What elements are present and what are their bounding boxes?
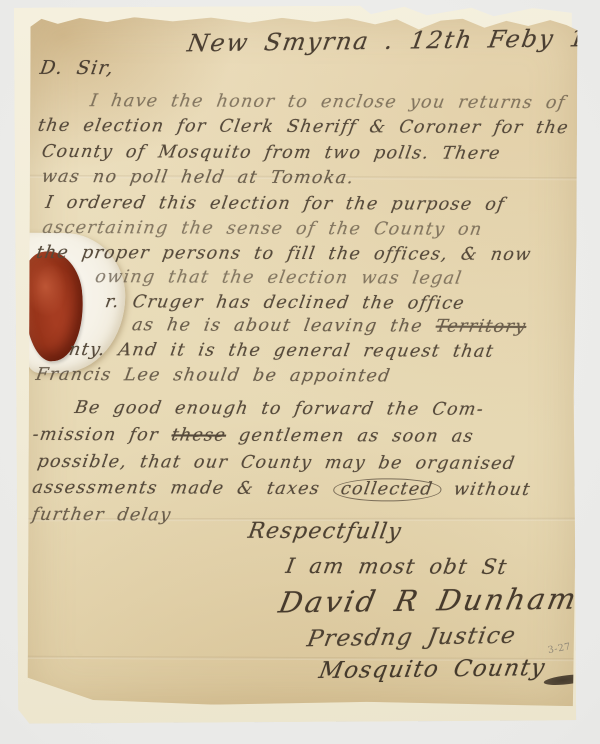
letter-line: r. Cruger has declined the office: [104, 292, 467, 314]
signature-title: Presdng Justice: [305, 623, 518, 652]
pencil-annotation: 3-27: [547, 641, 572, 656]
closing-respectfully: Respectfully: [246, 519, 404, 545]
letter-line: the proper persons to fill the offices, …: [35, 243, 533, 265]
letter-line: County of Mosquito from two polls. There: [40, 142, 502, 164]
signature-place: Mosquito County: [317, 655, 548, 684]
closing-obedient: I am most obt St: [284, 554, 509, 579]
letter-line: owing that the election was legal: [94, 267, 464, 289]
letter-line: as he is about leaving the Territory: [131, 315, 528, 337]
line-text: possible, that our County may be organis…: [36, 452, 517, 474]
letter-line: Francis Lee should be appointed: [34, 365, 392, 387]
letter-line: possible, that our County may be organis…: [36, 452, 517, 474]
line-text: as he is about leaving the: [131, 315, 438, 336]
struck-text: these: [170, 425, 228, 445]
letter-line: I have the honor to enclose you returns …: [89, 91, 568, 113]
letter-line: -mission for these gentlemen as soon as: [31, 425, 475, 447]
line-text: the proper persons to fill the offices, …: [35, 243, 533, 265]
line-text: the election for Clerk Sheriff & Coroner…: [36, 116, 570, 138]
line-text: further delay: [31, 505, 173, 526]
line-text: nty. And it is the general request that: [67, 340, 495, 362]
letter-line: I ordered this election for the purpose …: [44, 193, 506, 215]
circled-text: collected: [331, 478, 443, 501]
letter-line: assessments made & taxes collected witho…: [31, 478, 532, 500]
letter-line: nty. And it is the general request that: [67, 340, 495, 362]
line-text: County of Mosquito from two polls. There: [40, 142, 502, 164]
salutation: D. Sir,: [38, 57, 115, 79]
date-line: New Smyrna . 12th Feby 1833: [185, 24, 600, 58]
line-text: -mission for: [31, 425, 173, 446]
line-text: ascertaining the sense of the County on: [41, 218, 484, 240]
letter-line: ascertaining the sense of the County on: [41, 218, 484, 240]
line-text: Be good enough to forward the Com-: [73, 398, 485, 420]
struck-text: Territory: [434, 317, 528, 337]
letter-line: the election for Clerk Sheriff & Coroner…: [36, 116, 570, 138]
line-text: was no poll held at Tomoka.: [40, 167, 356, 188]
line-text: assessments made & taxes: [31, 478, 335, 499]
line-text: I have the honor to enclose you returns …: [89, 91, 568, 113]
signature: David R Dunham: [276, 582, 581, 620]
line-text: gentlemen as soon as: [224, 426, 475, 447]
letter-line: further delay: [31, 505, 173, 526]
letter-line: was no poll held at Tomoka.: [40, 167, 356, 188]
scanner-background: New Smyrna . 12th Feby 1833 D. Sir, I ha…: [0, 0, 600, 744]
letter-paper: New Smyrna . 12th Feby 1833 D. Sir, I ha…: [27, 15, 577, 706]
line-text: r. Cruger has declined the office: [104, 292, 467, 314]
line-text: I ordered this election for the purpose …: [44, 193, 506, 215]
letter-line: Be good enough to forward the Com-: [73, 398, 485, 420]
line-text: owing that the election was legal: [94, 267, 464, 289]
line-text: Francis Lee should be appointed: [34, 365, 392, 387]
ink-smudge: [543, 672, 592, 687]
line-text: without: [439, 480, 532, 500]
